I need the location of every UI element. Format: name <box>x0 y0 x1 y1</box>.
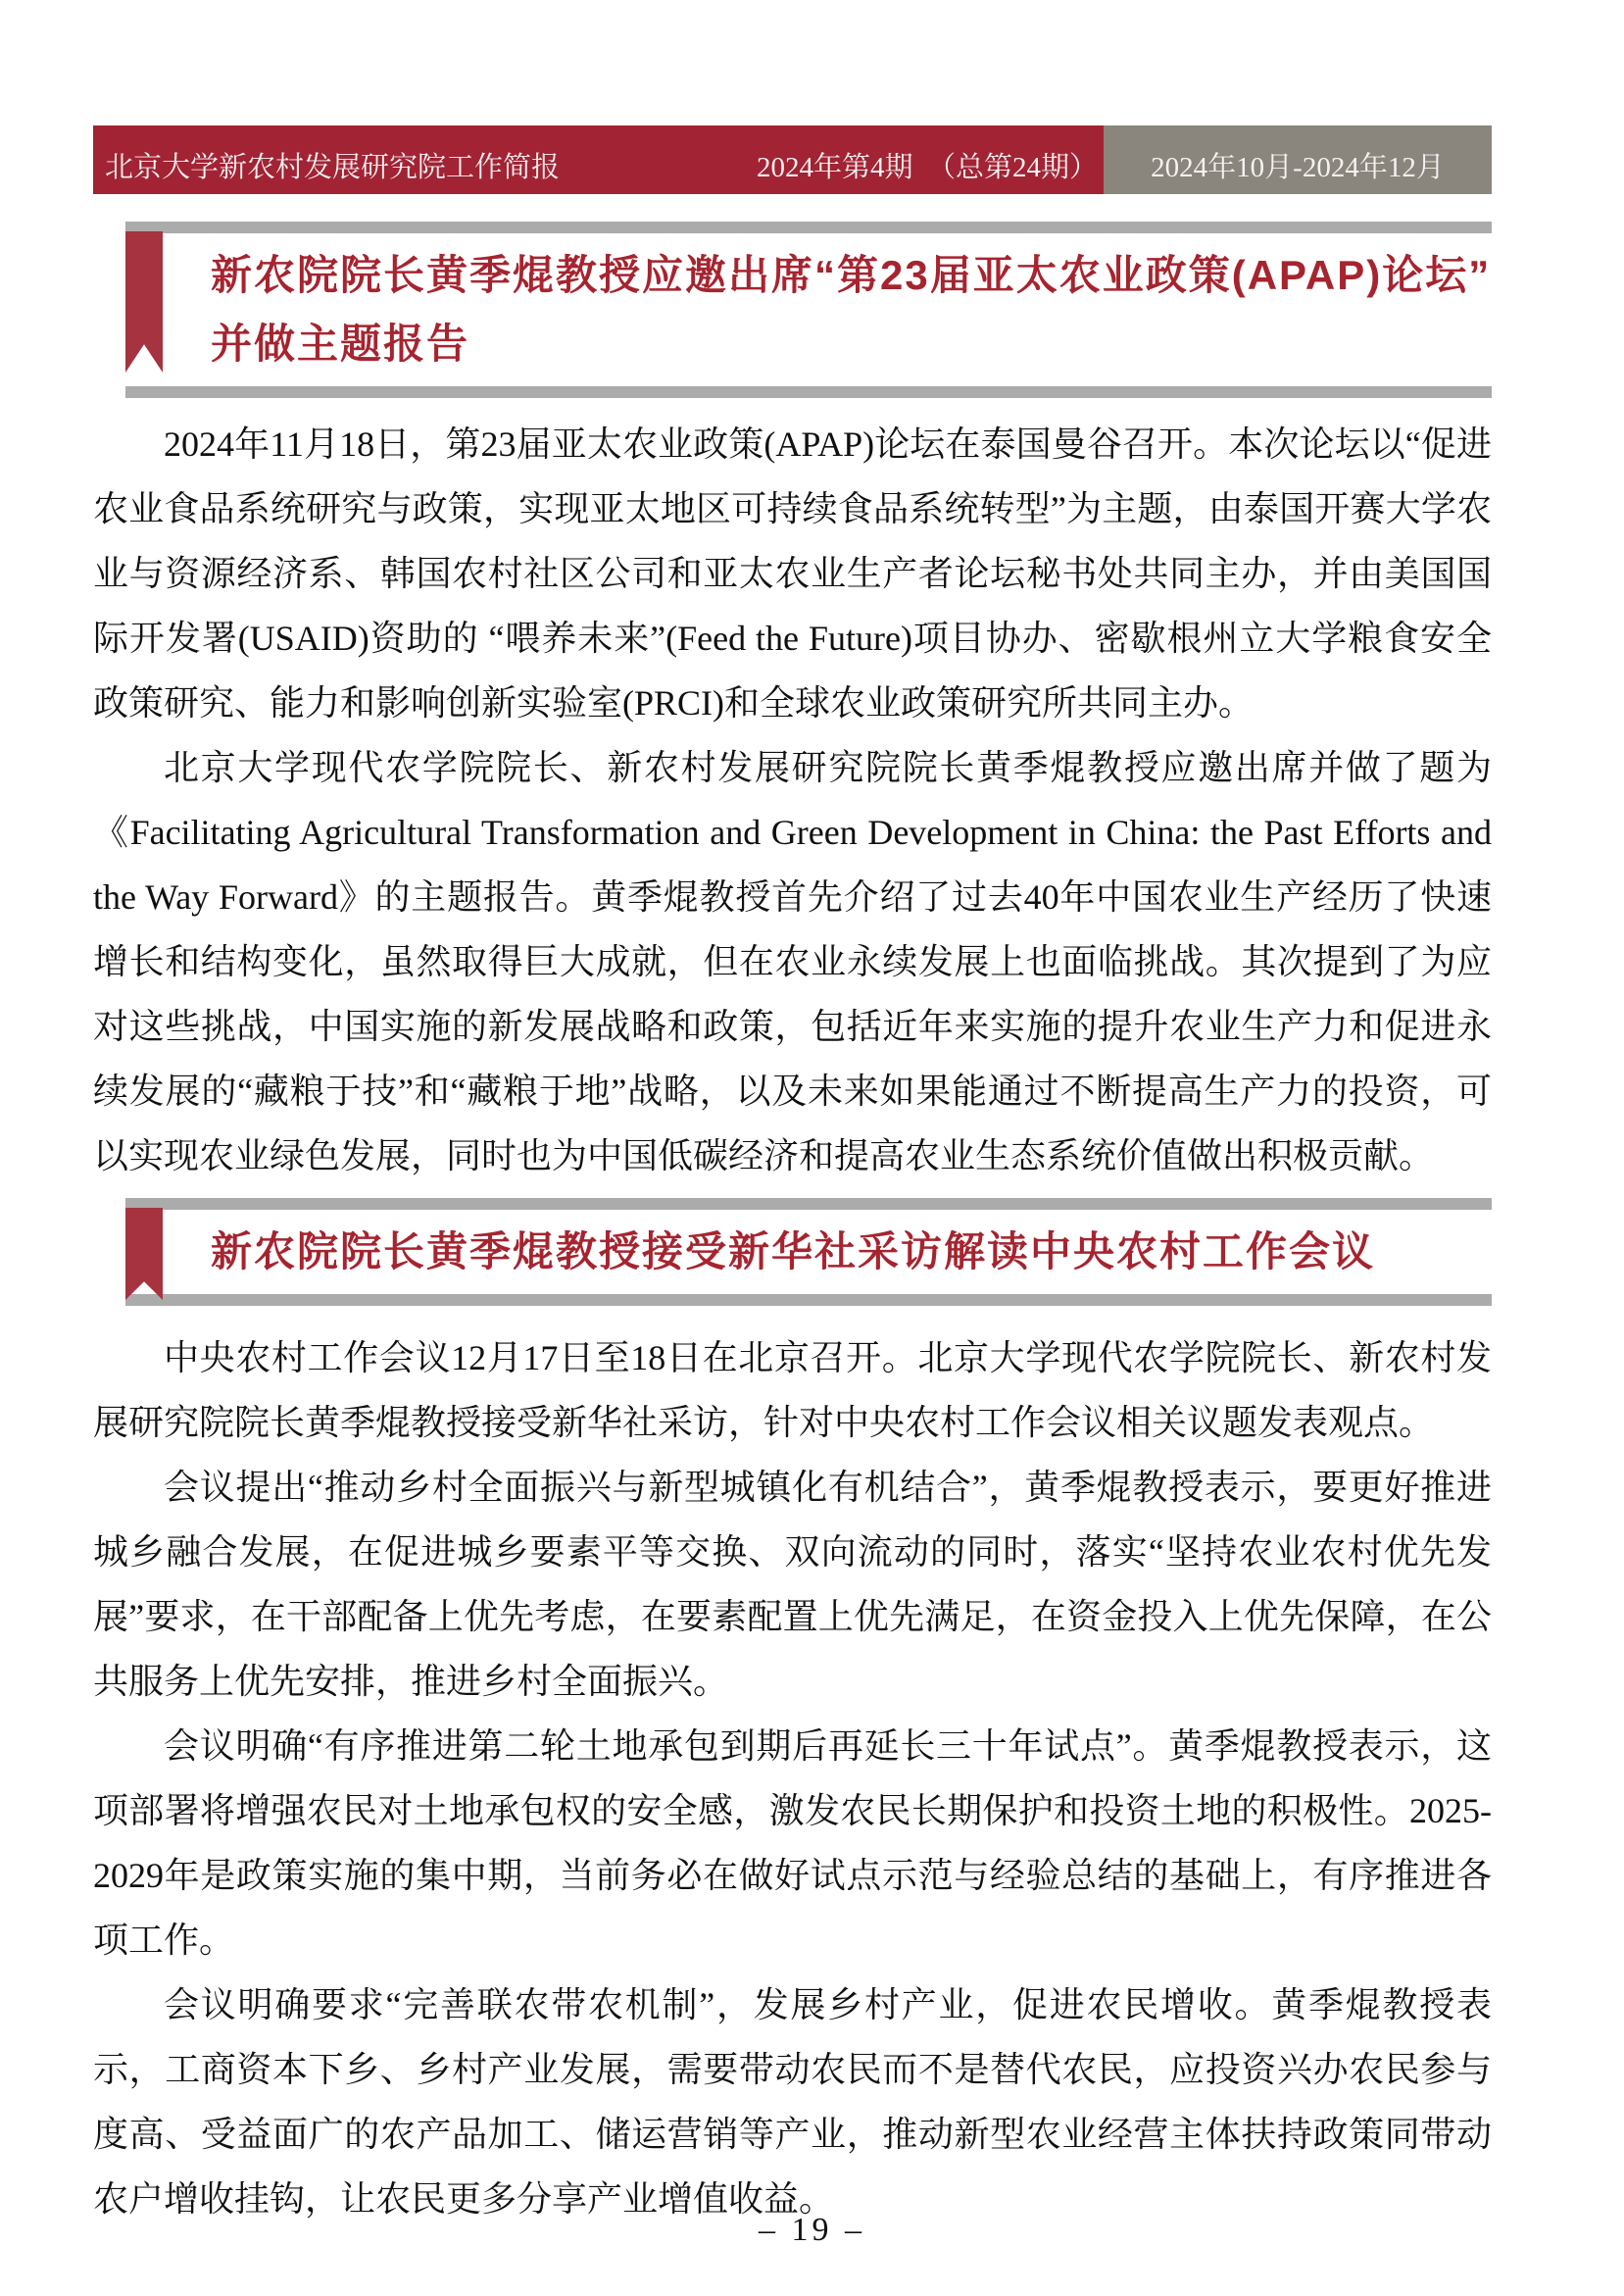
article-1-section-header: 新农院院长黄季焜教授应邀出席“第23届亚太农业政策(APAP)论坛” 并做主题报… <box>93 222 1492 398</box>
article-1-title-line-2: 并做主题报告 <box>211 310 1482 378</box>
article-paragraph: 会议明确要求“完善联农带农机制”，发展乡村产业，促进农民增收。黄季焜教授表示，工… <box>93 1972 1492 2231</box>
article-1-title: 新农院院长黄季焜教授应邀出席“第23届亚太农业政策(APAP)论坛” 并做主题报… <box>93 233 1492 386</box>
newsletter-page: { "topbar": { "institute": "北京大学新农村发展研究院… <box>0 0 1624 2296</box>
issue-number: 2024年第4期 （总第24期） <box>757 145 1098 185</box>
article-paragraph: 会议提出“推动乡村全面振兴与新型城镇化有机结合”，黄季焜教授表示，要更好推进城乡… <box>93 1455 1492 1714</box>
newsletter-header-bar: 北京大学新农村发展研究院工作简报 2024年第4期 （总第24期） 2024年1… <box>93 125 1492 194</box>
article-paragraph: 会议明确“有序推进第二轮土地承包到期后再延长三十年试点”。黄季焜教授表示，这项部… <box>93 1714 1492 1972</box>
divider-bottom <box>125 1294 1492 1306</box>
article-2-body: 中央农村工作会议12月17日至18日在北京召开。北京大学现代农学院院长、新农村发… <box>93 1325 1492 2231</box>
article-2-title: 新农院院长黄季焜教授接受新华社采访解读中央农村工作会议 <box>93 1210 1492 1294</box>
divider-top <box>125 222 1492 233</box>
divider-bottom <box>125 386 1492 398</box>
header-bar-red-segment: 北京大学新农村发展研究院工作简报 2024年第4期 （总第24期） <box>93 125 1104 194</box>
newsletter-title: 北京大学新农村发展研究院工作简报 <box>105 145 560 185</box>
article-paragraph: 中央农村工作会议12月17日至18日在北京召开。北京大学现代农学院院长、新农村发… <box>93 1325 1492 1455</box>
page-number: – 19 – <box>0 2212 1624 2249</box>
divider-top <box>125 1198 1492 1210</box>
article-1-title-line-1: 新农院院长黄季焜教授应邀出席“第23届亚太农业政策(APAP)论坛” <box>211 241 1482 310</box>
article-paragraph: 北京大学现代农学院院长、新农村发展研究院院长黄季焜教授应邀出席并做了题为《Fac… <box>93 735 1492 1188</box>
header-bar-gray-segment: 2024年10月-2024年12月 <box>1104 125 1492 194</box>
article-1-body: 2024年11月18日，第23届亚太农业政策(APAP)论坛在泰国曼谷召开。本次… <box>93 412 1492 1188</box>
date-range: 2024年10月-2024年12月 <box>1151 145 1445 185</box>
article-2-title-line-1: 新农院院长黄季焜教授接受新华社采访解读中央农村工作会议 <box>211 1218 1482 1286</box>
article-2-section-header: 新农院院长黄季焜教授接受新华社采访解读中央农村工作会议 <box>93 1198 1492 1306</box>
article-paragraph: 2024年11月18日，第23届亚太农业政策(APAP)论坛在泰国曼谷召开。本次… <box>93 412 1492 735</box>
